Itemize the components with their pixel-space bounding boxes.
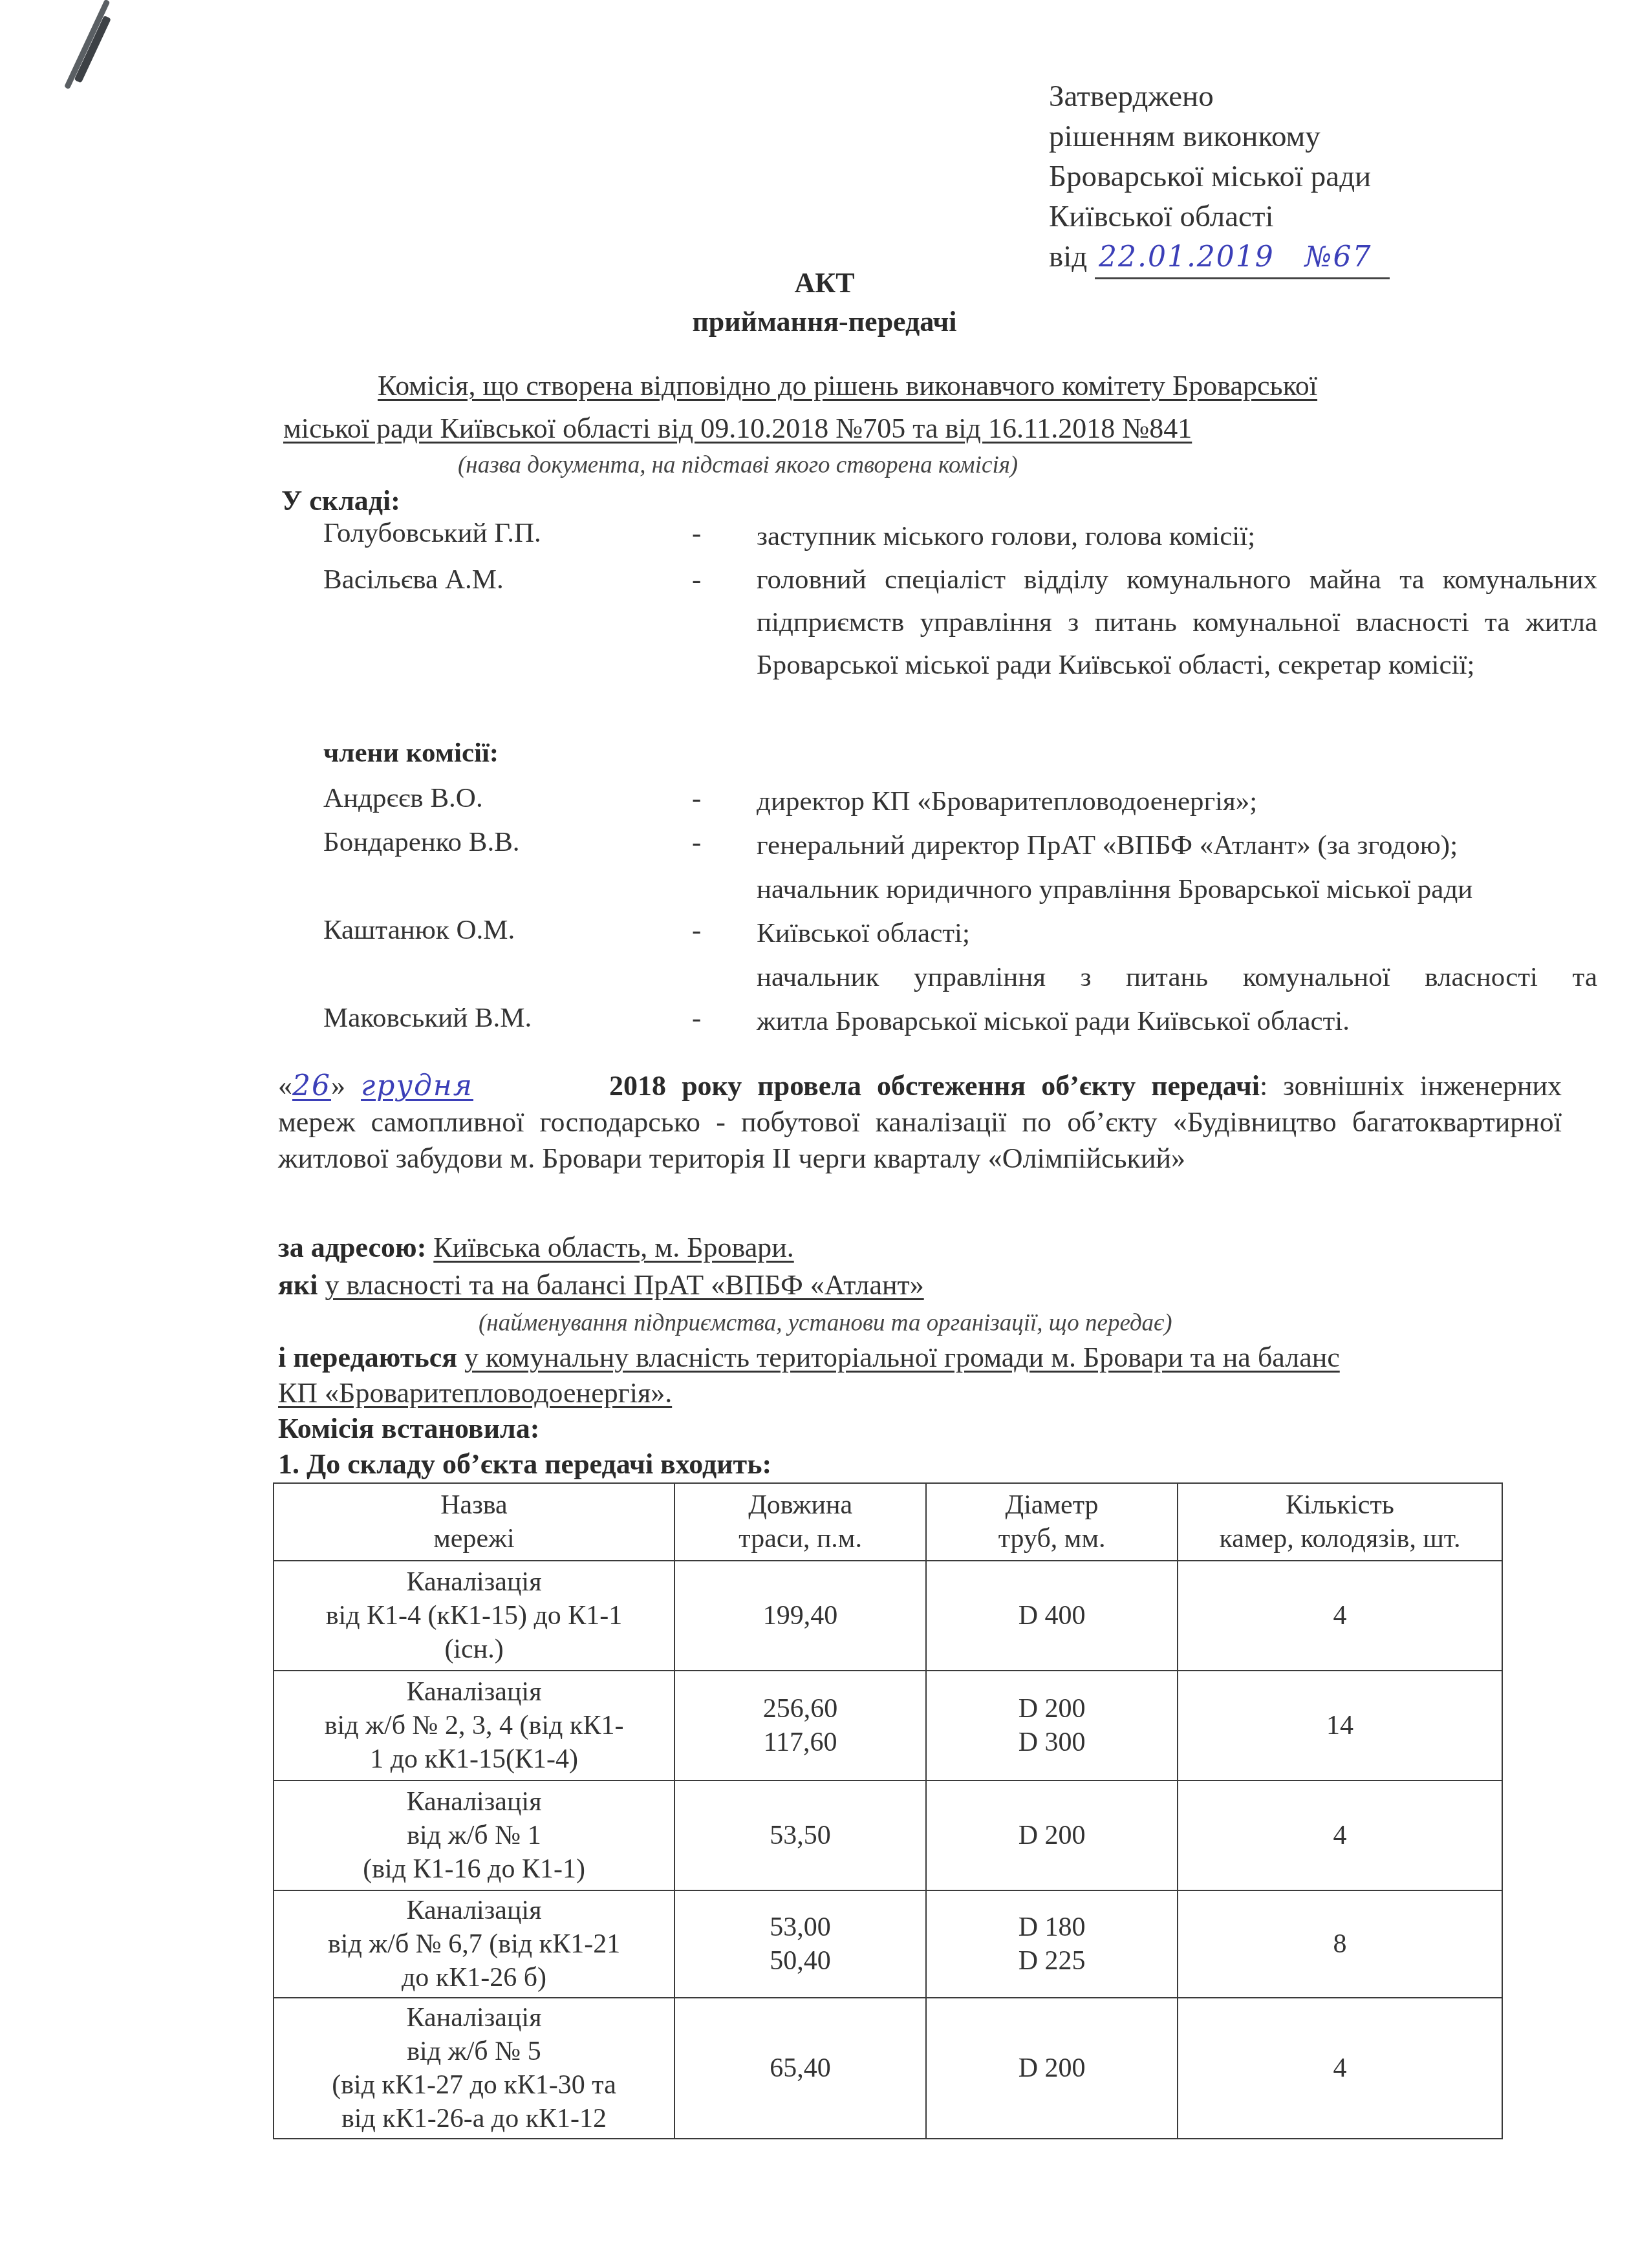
table-row: Каналізаціявід ж/б № 5(від кК1-27 до кК1… (274, 1998, 1502, 2139)
approval-line: Затверджено (1049, 76, 1390, 116)
member-dash: - (692, 517, 701, 549)
approval-line: рішенням виконкому (1049, 116, 1390, 156)
cell-pipe-diameter: D 200 (926, 1998, 1178, 2139)
member-name: Васільєва А.М. (323, 564, 504, 595)
handwritten-day: 26 (292, 1069, 331, 1102)
commission-basis-caption: (назва документа, на підставі якого ство… (458, 451, 1018, 479)
item1-label: 1. До складу об’єкта передачі входить: (278, 1448, 771, 1481)
transfer-row: і передаються у комунальну власність тер… (278, 1342, 1340, 1374)
member-role: начальник юридичного управління Броварсь… (757, 870, 1597, 909)
approval-block: Затверджено рішенням виконкому Броварськ… (1049, 76, 1390, 279)
member-dash: - (692, 826, 701, 858)
owner-row: які у власності та на балансі ПрАТ «ВПБФ… (278, 1269, 924, 1301)
transfer-value: у комунальну власність територіальної гр… (464, 1342, 1340, 1373)
inspection-paragraph: «26» грудня 2018 року провела обстеження… (278, 1068, 1562, 1177)
header-network-name: Назвамережі (274, 1483, 674, 1561)
cell-pipe-diameter: D 200D 300 (926, 1671, 1178, 1781)
member-name: Голубовський Г.П. (323, 517, 541, 549)
member-dash: - (692, 782, 701, 814)
transfer-value-continued: КП «Броваритепловодоенергія». (278, 1377, 672, 1409)
cell-route-length: 256,60117,60 (674, 1671, 926, 1781)
header-route-length: Довжинатраси, п.м. (674, 1483, 926, 1561)
document-page: Затверджено рішенням виконкому Броварськ… (0, 0, 1649, 2268)
document-title: АКТ (0, 266, 1649, 299)
owner-value: у власності та на балансі ПрАТ «ВПБФ «Ат… (325, 1269, 923, 1301)
header-pipe-diameter: Діаметртруб, мм. (926, 1483, 1178, 1561)
member-name: Бондаренко В.В. (323, 826, 520, 858)
cell-network-name: Каналізаціявід К1-4 (кК1-15) до К1-1(існ… (274, 1561, 674, 1671)
cell-well-count: 4 (1178, 1561, 1502, 1671)
commission-basis-line1: Комісія, що створена відповідно до рішен… (378, 370, 1317, 402)
table-row: Каналізаціявід ж/б № 6,7 (від кК1-21до к… (274, 1890, 1502, 1998)
member-role: житла Броварської міської ради Київської… (757, 1002, 1597, 1041)
commission-basis-line2: міської ради Київської області від 09.10… (283, 412, 1192, 445)
composition-label: У складі: (281, 485, 400, 517)
member-name: Маковський В.М. (323, 1002, 532, 1034)
cell-route-length: 199,40 (674, 1561, 926, 1671)
member-role: заступник міського голови, голова комісі… (757, 517, 1597, 556)
established-label: Комісія встановила: (278, 1413, 539, 1445)
address-value: Київська область, м. Бровари. (433, 1232, 793, 1263)
cell-network-name: Каналізаціявід ж/б № 1(від К1-16 до К1-1… (274, 1781, 674, 1890)
member-role: начальник управління з питань комунально… (757, 958, 1597, 997)
cell-network-name: Каналізаціявід ж/б № 5(від кК1-27 до кК1… (274, 1998, 674, 2139)
table-header-row: Назвамережі Довжинатраси, п.м. Діаметртр… (274, 1483, 1502, 1561)
member-role: Київської області; (757, 914, 1597, 953)
table-row: Каналізаціявід К1-4 (кК1-15) до К1-1(існ… (274, 1561, 1502, 1671)
transfer-label: і передаються (278, 1342, 457, 1373)
member-name: Каштанюк О.М. (323, 914, 515, 946)
cell-route-length: 53,0050,40 (674, 1890, 926, 1998)
approval-line: Броварської міської ради (1049, 156, 1390, 197)
cell-well-count: 14 (1178, 1671, 1502, 1781)
cell-pipe-diameter: D 180D 225 (926, 1890, 1178, 1998)
table-row: Каналізаціявід ж/б № 2, 3, 4 (від кК1-1 … (274, 1671, 1502, 1781)
cell-well-count: 4 (1178, 1998, 1502, 2139)
member-dash: - (692, 1002, 701, 1034)
staple-mark (64, 0, 111, 89)
table-row: Каналізаціявід ж/б № 1(від К1-16 до К1-1… (274, 1781, 1502, 1890)
cell-well-count: 8 (1178, 1890, 1502, 1998)
member-name: Андрєєв В.О. (323, 782, 483, 814)
address-row: за адресою: Київська область, м. Бровари… (278, 1232, 794, 1264)
cell-pipe-diameter: D 200 (926, 1781, 1178, 1890)
header-well-count: Кількістькамер, колодязів, шт. (1178, 1483, 1502, 1561)
network-table: Назвамережі Довжинатраси, п.м. Діаметртр… (273, 1482, 1503, 2139)
inspection-year-text: 2018 року провела обстеження об’єкту пер… (609, 1070, 1260, 1102)
member-role: директор КП «Броваритепловодоенергія»; (757, 782, 1597, 821)
owner-caption: (найменування підприємства, установи та … (479, 1309, 1172, 1337)
cell-network-name: Каналізаціявід ж/б № 2, 3, 4 (від кК1-1 … (274, 1671, 674, 1781)
cell-pipe-diameter: D 400 (926, 1561, 1178, 1671)
member-role: генеральний директор ПрАТ «ВПБФ «Атлант»… (757, 826, 1597, 865)
cell-route-length: 53,50 (674, 1781, 926, 1890)
member-dash: - (692, 564, 701, 595)
cell-route-length: 65,40 (674, 1998, 926, 2139)
owner-label: які (278, 1269, 318, 1301)
member-role: головний спеціаліст відділу комунального… (757, 559, 1597, 687)
approval-line: Київської області (1049, 197, 1390, 237)
cell-network-name: Каналізаціявід ж/б № 6,7 (від кК1-21до к… (274, 1890, 674, 1998)
member-dash: - (692, 914, 701, 946)
cell-well-count: 4 (1178, 1781, 1502, 1890)
handwritten-month: грудня (361, 1068, 594, 1104)
address-label: за адресою: (278, 1232, 426, 1263)
document-subtitle: приймання-передачі (0, 305, 1649, 338)
